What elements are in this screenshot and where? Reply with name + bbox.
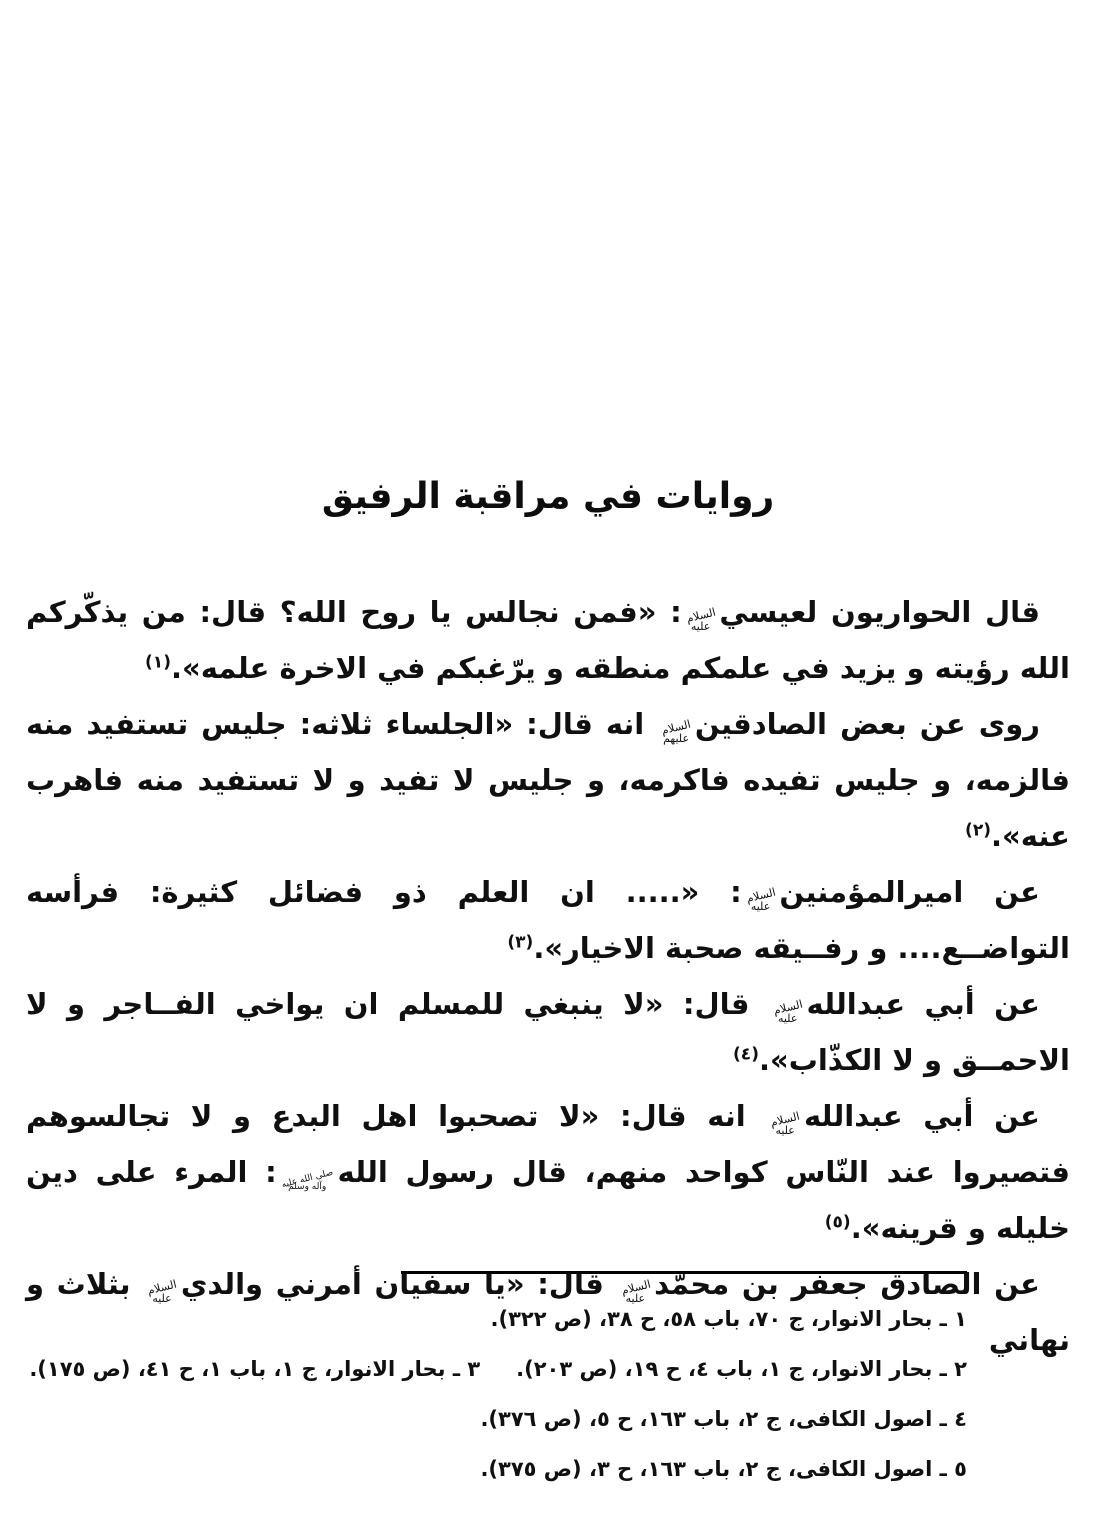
paragraph-5: عن أبي عبداللهالسلامعليه انه قال: «لا تص… xyxy=(26,1088,1070,1256)
honorific-alayhis-salam-icon: السلامعليه xyxy=(746,889,776,912)
body-text: قال الحواريون لعيسيالسلامعليه: «فمن نجال… xyxy=(26,584,1070,1368)
paragraph-1-text: قال الحواريون لعيسي xyxy=(719,595,1040,629)
footnote-line-4: ٥ ـ اصول الكافى، ج ٢، باب ١٦٣، ح ٣، (ص ٣… xyxy=(120,1444,967,1494)
honorific-alayhis-salam-icon: السلامعليه xyxy=(773,1001,803,1024)
footnote-marker-1: (١) xyxy=(145,652,171,672)
footnote-line-3: ٤ ـ اصول الكافى، ج ٢، باب ١٦٣، ح ٥، (ص ٣… xyxy=(120,1394,967,1444)
honorific-top-text: السلام xyxy=(685,607,717,625)
footnote-marker-3: (٣) xyxy=(507,932,533,952)
footnote-marker-5: (٥) xyxy=(825,1212,851,1232)
honorific-alayhim-salam-icon: السلامعليهم xyxy=(661,721,691,744)
footnote-line-2: ٢ ـ بحار الانوار، ج ١، باب ٤، ح ١٩، (ص ٢… xyxy=(120,1344,967,1394)
paragraph-5-text: عن أبي عبدالله xyxy=(804,1099,1040,1133)
honorific-top-text: السلام xyxy=(745,887,777,905)
paragraph-2: روى عن بعض الصادقينالسلامعليهم انه قال: … xyxy=(26,696,1070,864)
footnote-marker-4: (٤) xyxy=(733,1044,759,1064)
paragraph-2-text: روى عن بعض الصادقين xyxy=(695,707,1040,741)
footnote-marker-2: (٢) xyxy=(965,820,991,840)
footnote-5: ٥ ـ اصول الكافى، ج ٢، باب ١٦٣، ح ٣، (ص ٣… xyxy=(480,1457,967,1481)
honorific-sallallahu-icon: صلى الله عليهوآله وسلم xyxy=(281,1174,334,1193)
scanned-book-page: روايات في مراقبة الرفيق قال الحواريون لع… xyxy=(0,0,1093,1538)
honorific-alayhis-salam-icon: السلامعليه xyxy=(686,609,716,632)
footnotes-block: ١ ـ بحار الانوار، ج ٧٠، باب ٥٨، ح ٣٨، (ص… xyxy=(120,1271,967,1494)
footnote-3: ٣ ـ بحار الانوار، ج ١، باب ١، ح ٤١، (ص ١… xyxy=(29,1357,480,1381)
paragraph-4: عن أبي عبداللهالسلامعليه قال: «لا ينبغي … xyxy=(26,976,1070,1088)
honorific-alayhis-salam-icon: السلامعليه xyxy=(770,1113,800,1136)
paragraph-3: عن اميرالمؤمنينالسلامعليه: «..... ان الع… xyxy=(26,864,1070,976)
footnote-2: ٢ ـ بحار الانوار، ج ١، باب ٤، ح ١٩، (ص ٢… xyxy=(516,1357,967,1381)
paragraph-3-text: عن اميرالمؤمنين xyxy=(779,875,1040,909)
page-title: روايات في مراقبة الرفيق xyxy=(26,476,1070,517)
footnote-4: ٤ ـ اصول الكافى، ج ٢، باب ١٦٣، ح ٥، (ص ٣… xyxy=(480,1407,967,1431)
paragraph-4-text: عن أبي عبدالله xyxy=(806,987,1040,1021)
footnote-line-1: ١ ـ بحار الانوار، ج ٧٠، باب ٥٨، ح ٣٨، (ص… xyxy=(120,1294,967,1344)
honorific-top-text: السلام xyxy=(772,999,804,1017)
footnote-divider xyxy=(401,1271,967,1274)
paragraph-1: قال الحواريون لعيسيالسلامعليه: «فمن نجال… xyxy=(26,584,1070,696)
footnote-1: ١ ـ بحار الانوار، ج ٧٠، باب ٥٨، ح ٣٨، (ص… xyxy=(491,1307,967,1331)
